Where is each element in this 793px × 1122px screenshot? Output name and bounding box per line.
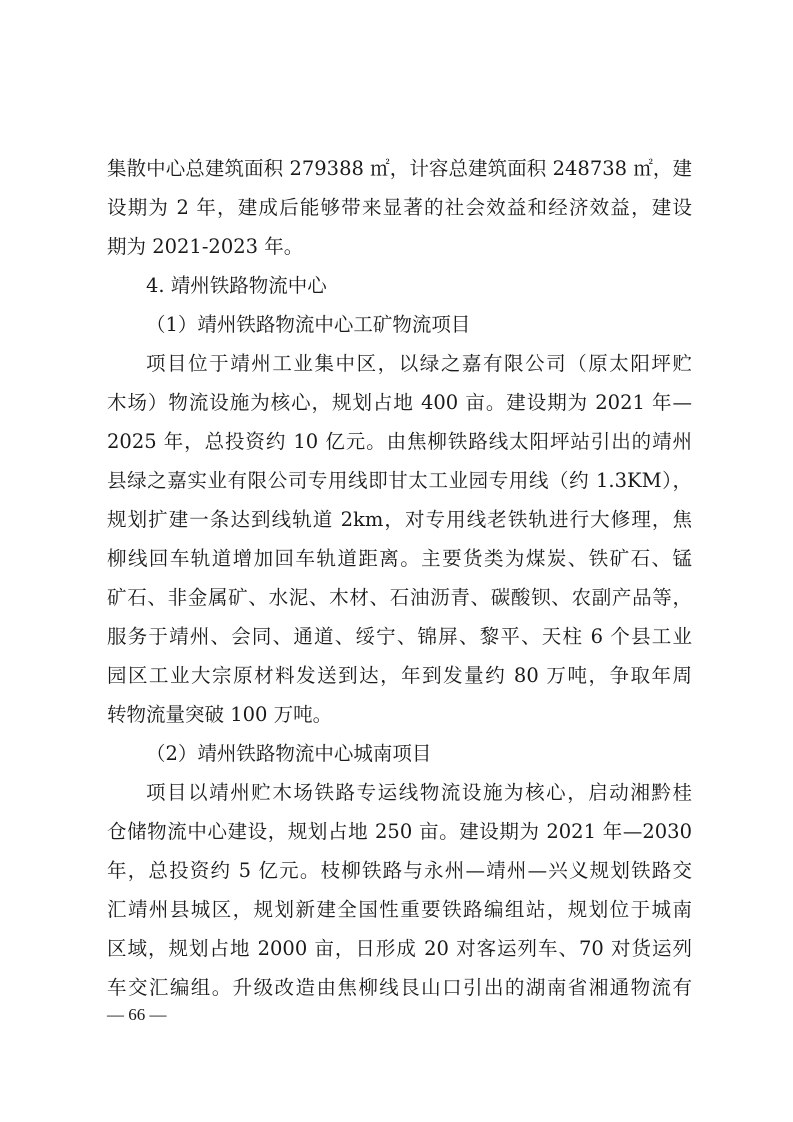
section-heading: 4. 靖州铁路物流中心: [146, 266, 692, 305]
paragraph-line: 期为 2021-2023 年。: [107, 227, 692, 266]
paragraph-line: 2025 年，总投资约 10 亿元。由焦柳铁路线太阳坪站引出的靖州: [107, 422, 692, 461]
paragraph-line: 服务于靖州、会同、通道、绥宁、锦屏、黎平、天柱 6 个县工业: [107, 617, 692, 656]
page-number: — 66 —: [107, 1003, 167, 1027]
paragraph-line: 车交汇编组。升级改造由焦柳线艮山口引出的湖南省湘通物流有: [107, 968, 692, 1007]
paragraph-line: 园区工业大宗原材料发送到达，年到发量约 80 万吨，争取年周: [107, 656, 692, 695]
paragraph-line: 设期为 2 年，建成后能够带来显著的社会效益和经济效益，建设: [107, 188, 692, 227]
paragraph-line: 仓储物流中心建设，规划占地 250 亩。建设期为 2021 年—2030: [107, 812, 692, 851]
paragraph-line: 木场）物流设施为核心，规划占地 400 亩。建设期为 2021 年—: [107, 383, 692, 422]
subsection-heading: （2）靖州铁路物流中心城南项目: [146, 734, 692, 773]
paragraph-line: 项目位于靖州工业集中区，以绿之嘉有限公司（原太阳坪贮: [146, 344, 692, 383]
subsection-heading: （1）靖州铁路物流中心工矿物流项目: [146, 305, 692, 344]
paragraph-line: 县绿之嘉实业有限公司专用线即甘太工业园专用线（约 1.3KM），: [107, 461, 692, 500]
paragraph-line: 柳线回车轨道增加回车轨道距离。主要货类为煤炭、铁矿石、锰: [107, 539, 692, 578]
paragraph-line: 区域，规划占地 2000 亩，日形成 20 对客运列车、70 对货运列: [107, 929, 692, 968]
paragraph-line: 项目以靖州贮木场铁路专运线物流设施为核心，启动湘黔桂: [146, 773, 692, 812]
paragraph-line: 年，总投资约 5 亿元。枝柳铁路与永州—靖州—兴义规划铁路交: [107, 851, 692, 890]
paragraph-line: 转物流量突破 100 万吨。: [107, 695, 692, 734]
paragraph-line: 集散中心总建筑面积 279388 ㎡，计容总建筑面积 248738 ㎡，建: [107, 149, 692, 188]
paragraph-line: 汇靖州县城区，规划新建全国性重要铁路编组站，规划位于城南: [107, 890, 692, 929]
paragraph-line: 规划扩建一条达到线轨道 2km，对专用线老铁轨进行大修理，焦: [107, 500, 692, 539]
paragraph-line: 矿石、非金属矿、水泥、木材、石油沥青、碳酸钡、农副产品等，: [107, 578, 692, 617]
document-page: 集散中心总建筑面积 279388 ㎡，计容总建筑面积 248738 ㎡，建 设期…: [0, 0, 793, 1122]
